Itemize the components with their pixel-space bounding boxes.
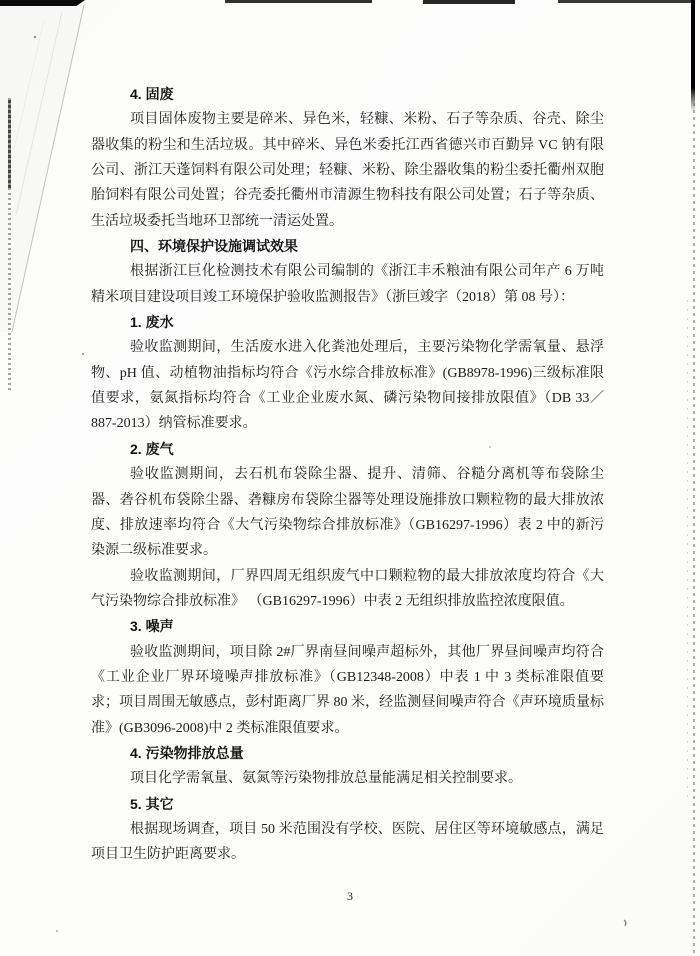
scan-artifact-top-edge-line bbox=[558, 0, 692, 3]
scanned-document-page: 4. 固废 项目固体废物主要是碎米、异色米，轻糠、米粉、石子等杂质、谷壳、除尘器… bbox=[0, 0, 700, 956]
paragraph-noise: 验收监测期间，项目除 2#厂界南昼间噪声超标外，其他厂界昼间噪声均符合《工业企业… bbox=[91, 640, 604, 741]
heading-noise: 3. 噪声 bbox=[91, 614, 604, 639]
paragraph-waste-gas-fugitive: 验收监测期间，厂界四周无组织废气中口颗粒物的最大排放浓度均符合《大气污染物综合排… bbox=[91, 564, 604, 615]
paragraph-solid-waste: 项目固体废物主要是碎米、异色米，轻糠、米粉、石子等杂质、谷壳、除尘器收集的粉尘和… bbox=[91, 107, 604, 234]
page-number: 3 bbox=[0, 889, 700, 904]
scan-artifact-top-edge-line bbox=[423, 0, 515, 4]
heading-waste-gas: 2. 废气 bbox=[91, 437, 604, 462]
document-body: 4. 固废 项目固体废物主要是碎米、异色米，轻糠、米粉、石子等杂质、谷壳、除尘器… bbox=[91, 82, 604, 868]
paragraph-others: 根据现场调查，项目 50 米范围没有学校、医院、居住区等环境敏感点，满足项目卫生… bbox=[91, 817, 604, 868]
heading-others: 5. 其它 bbox=[91, 792, 604, 817]
heading-section-four-env-protection-results: 四、环境保护设施调试效果 bbox=[91, 234, 604, 259]
scan-artifact-top-edge-line bbox=[225, 0, 372, 3]
scan-artifact-left-noise-strip bbox=[8, 98, 11, 393]
scan-artifact-right-dotted-line bbox=[687, 300, 688, 800]
scan-artifact-right-edge-bar bbox=[691, 0, 695, 112]
paragraph-waste-gas-organized: 验收监测期间，去石机布袋除尘器、提升、清筛、谷糙分离机等布袋除尘器、砻谷机布袋除… bbox=[91, 462, 604, 563]
paragraph-wastewater: 验收监测期间，生活废水进入化粪池处理后，主要污染物化学需氧量、悬浮物、pH 值、… bbox=[91, 335, 604, 436]
paragraph-monitoring-report-basis: 根据浙江巨化检测技术有限公司编制的《浙江丰禾粮油有限公司年产 6 万吨精米项目建… bbox=[91, 259, 604, 310]
scan-artifact-right-dotted-line bbox=[693, 96, 695, 956]
heading-total-pollutant-discharge: 4. 污染物排放总量 bbox=[91, 741, 604, 766]
heading-solid-waste: 4. 固废 bbox=[91, 82, 604, 107]
scan-artifact-left-noise-strip bbox=[8, 100, 11, 188]
heading-wastewater: 1. 废水 bbox=[91, 310, 604, 335]
paragraph-total-pollutant-discharge: 项目化学需氧量、氨氮等污染物排放总量能满足相关控制要求。 bbox=[91, 766, 604, 791]
scan-artifact-top-left-black-bar bbox=[0, 0, 85, 6]
